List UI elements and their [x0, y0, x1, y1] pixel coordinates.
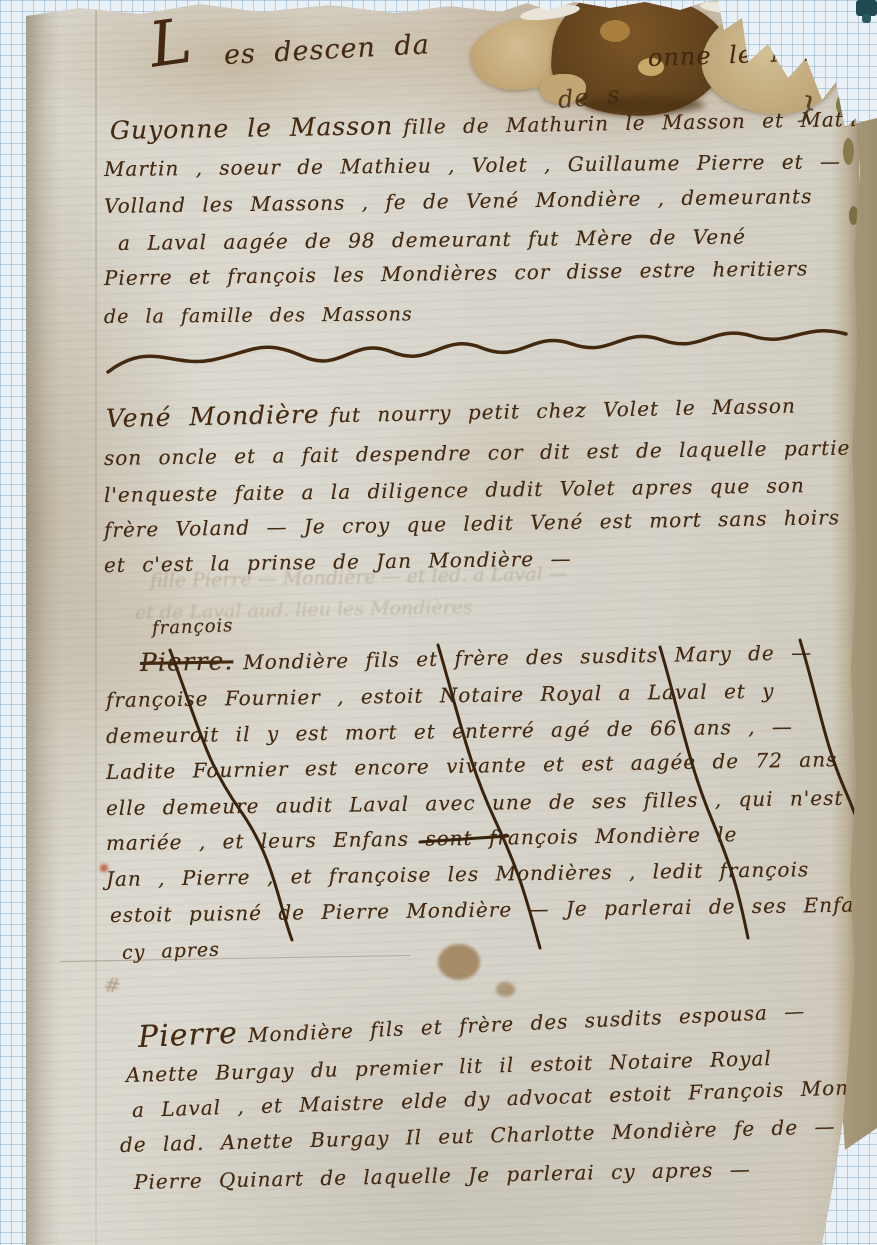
- manuscript-line: l'enqueste faite a la diligence dudit Vo…: [104, 473, 805, 507]
- person-name-pierre: Pierre: [137, 1016, 238, 1055]
- manuscript-line: Volland les Massons , fe de Vené Mondièr…: [104, 184, 813, 218]
- ink-stain: [496, 982, 515, 997]
- manuscript-line: Pierre Quinart de laquelle Je parlerai c…: [134, 1157, 751, 1194]
- paragraph3-lead-line: Pierre.Mondière fils et frère des susdit…: [140, 636, 813, 677]
- margin-crease: [95, 0, 97, 1245]
- ink-stain: [438, 944, 480, 980]
- manuscript-line: Pierre et françois les Mondières cor dis…: [104, 256, 809, 290]
- hash-doodle: #: [102, 972, 122, 998]
- person-name-vene: Vené Mondière: [106, 400, 320, 433]
- damaged-title-remnant: de s: [557, 81, 622, 114]
- manuscript-page: L es descen da onne le Masson — Guyonne …: [0, 0, 877, 1245]
- person-name-guyonne: Guyonne le Masson: [110, 111, 394, 145]
- line-text: fut nourry petit chez Volet le Masson: [329, 394, 796, 428]
- manuscript-line: elle demeure audit Laval avec une de ses…: [106, 785, 877, 820]
- line-text: Mondière fils et frère des susdits Mary …: [243, 640, 812, 674]
- manuscript-line: mariée , et leurs Enfans sont françois M…: [106, 822, 738, 855]
- manuscript-line: demeuroit il y est mort et enterré agé d…: [106, 714, 793, 748]
- title-flourish-initial: L: [147, 20, 194, 65]
- manuscript-line: estoit puisné de Pierre Mondière — Je pa…: [110, 892, 877, 927]
- damage-highlight: [600, 20, 630, 42]
- damaged-title-remnant: }: [796, 90, 820, 127]
- manuscript-line: frère Voland — Je croy que ledit Vené es…: [104, 505, 840, 542]
- debris-moss: [843, 138, 854, 165]
- manuscript-line: cy apres: [122, 939, 221, 964]
- binding-gutter-shadow: [26, 0, 60, 1245]
- manuscript-line: son oncle et a fait despendre cor dit es…: [104, 436, 851, 470]
- manuscript-line: a Laval aagée de 98 demeurant fut Mère d…: [118, 224, 746, 255]
- manuscript-line: Martin , soeur de Mathieu , Volet , Guil…: [104, 149, 841, 181]
- title-left-fragment: es descen da: [223, 29, 430, 71]
- manuscript-line: de lad. Anette Burgay Il eut Charlotte M…: [120, 1114, 836, 1157]
- paragraph4-lead-line: PierreMondière fils et frère des susdits…: [137, 991, 806, 1055]
- line-text: Mondière fils et frère des susdits espou…: [247, 999, 805, 1047]
- manuscript-photo: L es descen da onne le Masson — Guyonne …: [0, 0, 877, 1245]
- paragraph1-lead-line: Guyonne le Massonfille de Mathurin le Ma…: [110, 101, 877, 145]
- manuscript-line: Jan , Pierre , et françoise les Mondière…: [106, 857, 810, 891]
- manuscript-line: Ladite Fournier est encore vivante et es…: [106, 747, 838, 784]
- pencil-crease: [60, 955, 410, 962]
- interline-correction: françois: [152, 615, 234, 639]
- manuscript-line: de la famille des Massons: [104, 303, 413, 328]
- manuscript-line: françoise Fournier , estoit Notaire Roya…: [106, 679, 775, 712]
- dark-corner-patch-small: [862, 14, 871, 23]
- paragraph2-lead-line: Vené Mondièrefut nourry petit chez Volet…: [106, 390, 796, 433]
- struck-name-pierre: Pierre.: [140, 646, 234, 677]
